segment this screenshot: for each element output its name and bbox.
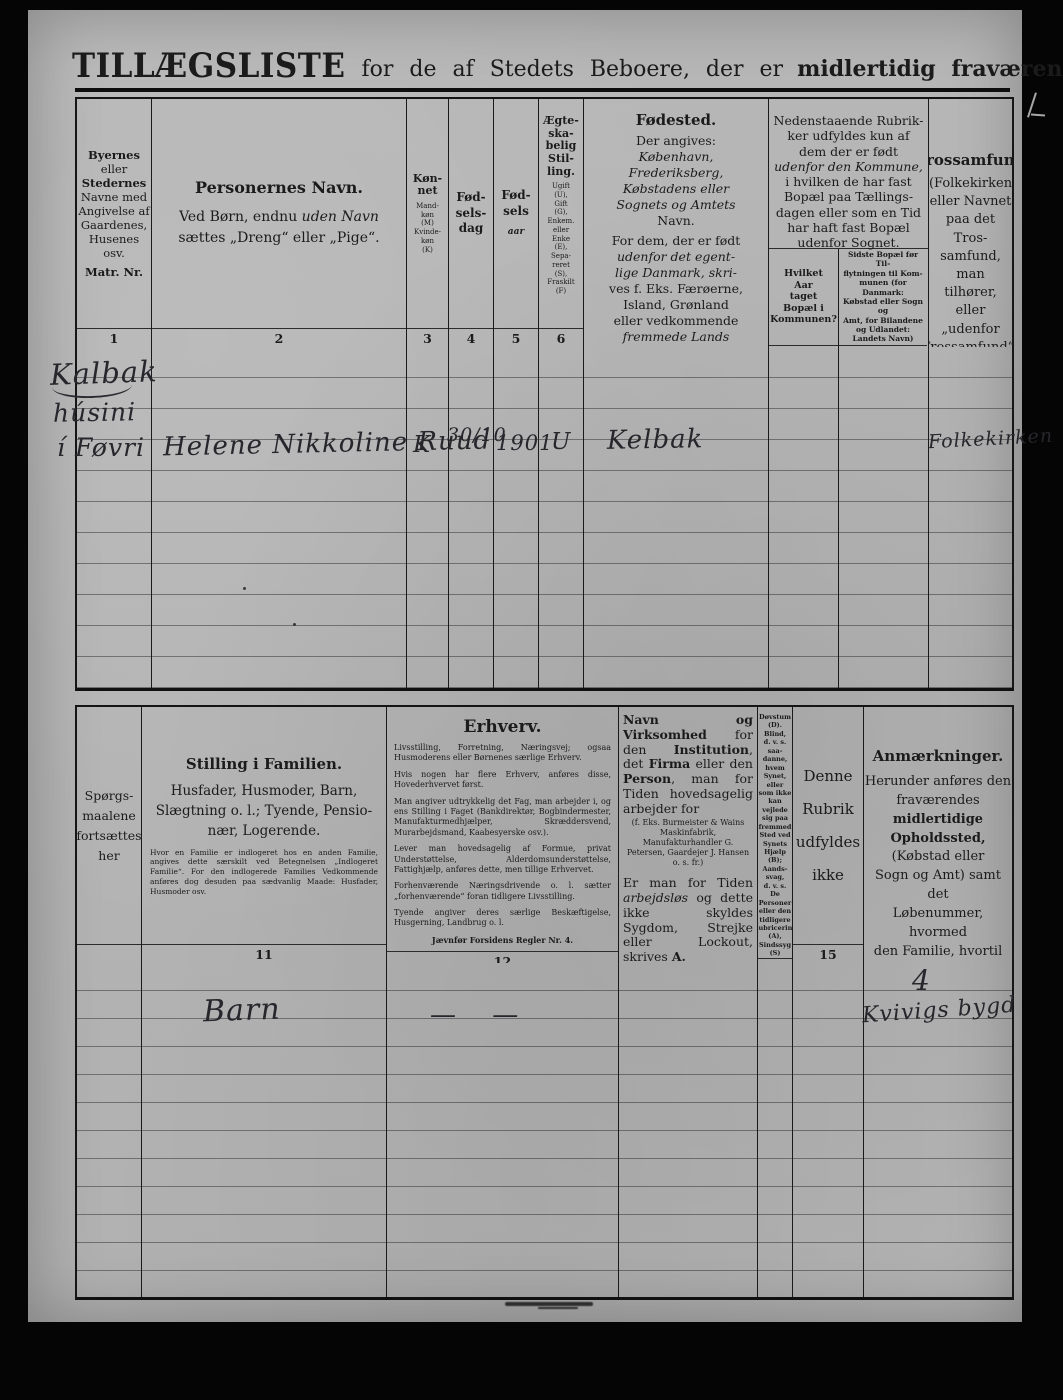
- col8-line: taget: [790, 291, 818, 302]
- col1-line: Navne med: [81, 190, 147, 204]
- col89-line: dagen eller som en Tid: [776, 205, 921, 220]
- col11-header: Stilling i Familien. Husfader, Husmoder,…: [142, 707, 387, 963]
- col14-line: svag,: [766, 873, 784, 881]
- col12-number: 12: [387, 951, 618, 963]
- col14-line: Synet, eller: [758, 772, 792, 789]
- col14-line: danne, hvem: [758, 755, 792, 772]
- body-col3: [407, 347, 449, 688]
- table1-body: [75, 347, 1014, 691]
- col1-line: Matr. Nr.: [85, 265, 143, 279]
- col12-paragraph: Livsstilling, Forretning, Næringsvej; og…: [387, 743, 618, 764]
- title-tail: midlertidig fraværende.: [797, 56, 1063, 82]
- col11-line: nær, Logerende.: [208, 821, 321, 841]
- col2-header: Personernes Navn. Ved Børn, endnu uden N…: [152, 99, 407, 347]
- col2-number: 2: [152, 328, 406, 347]
- col4-line: sels-: [456, 206, 487, 222]
- col7-line: Island, Grønland: [623, 297, 729, 313]
- col6-tiny: Ugift: [547, 182, 575, 191]
- handwritten-birthyear: 1901: [496, 431, 553, 455]
- col16-title: Anmærkninger.: [873, 747, 1004, 765]
- ink-speck: [293, 623, 296, 626]
- col3-header: Køn- net Mand- køn (M) Kvinde- køn (K) 3: [407, 99, 449, 347]
- col6-header: Ægte- ska- belig Stil- ling. Ugift (U), …: [539, 99, 584, 347]
- col6-title: Ægte-: [543, 115, 579, 128]
- col14-line: som ikke: [759, 789, 792, 797]
- col89-line: udenfor den Kommune,: [774, 159, 923, 174]
- col16-seg: midlertidige: [893, 812, 983, 827]
- col10-line: Trossamfund“): [929, 339, 1012, 347]
- col15-line: ikke: [812, 859, 844, 892]
- col15-line: Rubrik: [802, 793, 854, 826]
- col89-line: ker udfyldes kun af: [787, 128, 909, 143]
- col7-header: Fødested. Der angives: København, Freder…: [584, 99, 769, 347]
- scanned-census-page: TILLÆGSLISTEfor de af Stedets Beboere, d…: [0, 0, 1063, 1400]
- col14-line: eller den: [759, 907, 791, 915]
- body-col10: [929, 347, 1012, 688]
- col8-9-shared-note: Nedenstaaende Rubrik- ker udfyldes kun a…: [769, 99, 928, 249]
- handwritten-family-position: Barn: [202, 992, 281, 1030]
- col13-tiny1: (f. Eks. Burmeister & Wains Maskinfabrik…: [619, 816, 757, 870]
- col7-line: lige Danmark, skri-: [615, 265, 737, 281]
- col16-line: Sogn og Amt) samt det: [864, 867, 1012, 905]
- col16-seg: fraværendes: [896, 793, 979, 808]
- col11-title: Stilling i Familien.: [186, 755, 342, 773]
- col3-tiny: (K): [414, 246, 441, 255]
- page-title: TILLÆGSLISTEfor de af Stedets Beboere, d…: [72, 48, 1012, 84]
- col3-tiny: køn: [414, 237, 441, 246]
- body2-col13: [619, 963, 758, 1297]
- col11-number: 11: [142, 944, 386, 963]
- col7-line: ves f. Eks. Færøerne,: [609, 281, 743, 297]
- col7-line: Købstadens eller: [623, 181, 729, 197]
- col14-line: Synets: [763, 840, 787, 848]
- col16-line: Løbenummer, hvormed: [864, 905, 1012, 943]
- col8-subheader: Hvilket Aar taget Bopæl i Kommunen? 8: [769, 249, 839, 347]
- col13-seg: arbejdsløs: [623, 890, 688, 905]
- col14-line: Aands-: [763, 865, 788, 873]
- col2-sub-italic: uden Navn: [302, 209, 379, 225]
- handwritten-birthplace: Kelbak: [607, 424, 704, 456]
- side-label-cell: Spørgs- maalene fortsættes her: [77, 707, 142, 963]
- col14-line: (A),: [768, 932, 781, 940]
- col8-line: Hvilket: [784, 268, 823, 279]
- handwritten-place-line3: í Føvri: [57, 433, 145, 462]
- body-col9: [839, 347, 929, 688]
- body2-col15: [793, 963, 864, 1297]
- col11-line: Slægtning o. l.; Tyende, Pensio-: [156, 801, 373, 821]
- col14-line: fremmed: [759, 823, 792, 831]
- side-label-line: fortsættes: [77, 826, 142, 846]
- col10-line: paa det Tros-: [929, 211, 1012, 247]
- col7-line: For dem, der er født: [612, 233, 741, 249]
- col89-line: i hvilken de har fast: [785, 174, 911, 189]
- col3-title: net: [417, 185, 437, 198]
- col1-line: Gaardenes,: [81, 218, 147, 232]
- col9-line: og Udlandet:: [856, 325, 910, 334]
- col13-seg: eller den: [690, 756, 753, 771]
- col2-sub2: sættes „Dreng“ eller „Pige“.: [178, 228, 379, 249]
- col5-line: sels: [503, 204, 529, 220]
- col14-line: (D).: [768, 721, 782, 729]
- col9-line: Sidste Bopæl før Til-: [840, 250, 926, 269]
- col6-tiny: (S),: [547, 270, 575, 279]
- col10-line: „udenfor: [941, 321, 999, 339]
- col12-paragraph: Man angiver udtrykkelig det Fag, man arb…: [387, 797, 618, 839]
- col2-sub-text: Ved Børn, endnu: [179, 209, 302, 225]
- col14-line: d. v. s. saa-: [758, 738, 792, 755]
- col13-paragraph1: Navn og Virksomhed for den Institution, …: [619, 707, 757, 816]
- col6-tiny: Fraskilt: [547, 278, 575, 287]
- col1-line: Angivelse af: [78, 204, 149, 218]
- col4-line: Fød-: [456, 190, 485, 206]
- side-label-line: maalene: [82, 806, 136, 826]
- col16-line: fraværendes midlertidige: [864, 792, 1012, 830]
- col9-line: flytningen til Kom-: [843, 269, 922, 278]
- col12-title: Erhverv.: [463, 717, 541, 737]
- col3-number: 3: [407, 328, 448, 347]
- col7-title: Fødested.: [636, 111, 717, 129]
- col12-paragraph: Lever man hovedsagelig af Formue, privat…: [387, 844, 618, 875]
- col13-seg: Institution: [674, 742, 749, 757]
- body2-side: [77, 963, 142, 1297]
- col10-line: samfund, man: [929, 248, 1012, 284]
- col7-line: Der angives:: [636, 133, 716, 149]
- col14-line: (S): [770, 949, 781, 957]
- handwritten-marital-status: U: [551, 429, 571, 455]
- printer-imprint-smudge: [538, 1307, 578, 1309]
- col7-line: Sognets og Amtets: [616, 197, 735, 213]
- col8-9-header: Nedenstaaende Rubrik- ker udfyldes kun a…: [769, 99, 929, 347]
- col14-line: Sted ved: [759, 831, 790, 839]
- col10-line: (Folkekirken: [929, 175, 1012, 193]
- col14-line: d. v. s. De: [758, 882, 792, 899]
- col5-number: 5: [494, 328, 538, 347]
- table1-header: Byernes eller Stedernes Navne med Angive…: [75, 97, 1014, 347]
- col6-tiny: Gift: [547, 200, 575, 209]
- printer-imprint-smudge: [505, 1302, 593, 1306]
- col13-seg: Er man for Tiden: [623, 875, 753, 890]
- col9-line: Landets Navn): [853, 334, 914, 343]
- col15-line: udfyldes: [796, 826, 860, 859]
- col16-line: den Familie, hvortil han: [864, 943, 1012, 963]
- col10-line: tilhører, eller: [929, 284, 1012, 320]
- handwritten-place-line2: húsini: [53, 397, 137, 427]
- col9-line: Amt, for Bilandene: [843, 316, 923, 325]
- col15-number: 15: [793, 944, 863, 963]
- col89-line: dem der er født: [799, 144, 898, 159]
- side-label-number-empty: [77, 944, 141, 963]
- col14-line: sig paa: [762, 814, 788, 822]
- col8-line: Bopæl i: [783, 303, 824, 314]
- col5-line: Fød-: [501, 188, 530, 204]
- side-label-line: her: [98, 846, 119, 866]
- col16-line: Herunder anføres den: [865, 773, 1011, 792]
- col14-line: Rubricering: [758, 924, 793, 932]
- col14-line: Døvstum: [759, 713, 791, 721]
- col14-line: Personer: [759, 899, 792, 907]
- col2-title: Personernes Navn.: [195, 178, 363, 197]
- col14-line: Blind,: [764, 730, 786, 738]
- col12-header: Erhverv. Livsstilling, Forretning, Nærin…: [387, 707, 619, 963]
- scan-scratch: [1031, 114, 1045, 117]
- body-col5: [494, 347, 539, 688]
- col3-tiny: køn: [414, 211, 441, 220]
- col7-line: Navn.: [657, 213, 694, 229]
- col6-tiny: Sepa-: [547, 252, 575, 261]
- col11-fineprint: Hvor en Familie er indlogeret hos en and…: [142, 842, 386, 897]
- col7-line: Frederiksberg,: [629, 165, 724, 181]
- handwritten-remark-number: 4: [912, 964, 931, 997]
- col89-line: Bopæl paa Tællings-: [784, 189, 913, 204]
- title-mid: for de af Stedets Beboere, der er: [361, 57, 783, 82]
- col4-number: 4: [449, 328, 493, 347]
- col89-line: udenfor Sognet.: [797, 235, 899, 250]
- col6-tiny: (F): [547, 287, 575, 296]
- col6-number: 6: [539, 328, 583, 347]
- col16-line: Opholdssted, (Købstad eller: [864, 830, 1012, 868]
- col4-line: dag: [459, 221, 484, 237]
- col16-seg: Opholdssted,: [890, 831, 985, 846]
- col3-tiny: (M): [414, 219, 441, 228]
- col12-paragraph: Jævnfør Forsidens Regler Nr. 4.: [425, 935, 580, 945]
- col7-line: udenfor det egent-: [617, 249, 735, 265]
- col15-header: Denne Rubrik udfyldes ikke 15: [793, 707, 864, 963]
- col10-line: eller Navnet: [930, 193, 1012, 211]
- body2-col14: [758, 963, 793, 1297]
- col14-line: kan vejlede: [758, 797, 792, 814]
- col6-tiny: Enke: [547, 235, 575, 244]
- col13-seg: A.: [672, 949, 686, 963]
- col1-header: Byernes eller Stedernes Navne med Angive…: [77, 99, 152, 347]
- col14-line: tidligere: [759, 916, 790, 924]
- body-col2: [152, 347, 407, 688]
- col9-line: Købstad eller Sogn og: [840, 297, 926, 316]
- col89-line: Nedenstaaende Rubrik-: [774, 113, 924, 128]
- col6-title: ling.: [547, 166, 575, 179]
- col1-number: 1: [77, 328, 151, 347]
- col16-seg: (Købstad eller: [892, 849, 985, 864]
- col15-line: Denne: [803, 760, 852, 793]
- ink-speck: [243, 587, 246, 590]
- body-col8: [769, 347, 839, 688]
- col13-seg: Person: [623, 771, 671, 786]
- col8-line: Kommunen?: [770, 314, 837, 325]
- col6-tiny: (E),: [547, 243, 575, 252]
- col6-tiny: (G),: [547, 208, 575, 217]
- col6-tiny: reret: [547, 261, 575, 270]
- handwritten-dash: — —: [430, 1000, 519, 1030]
- col13-header: Navn og Virksomhed for den Institution, …: [619, 707, 758, 963]
- title-rule: [75, 88, 1010, 92]
- col16-header: Anmærkninger. Herunder anføres den fravæ…: [864, 707, 1012, 963]
- col1-line: Stedernes: [82, 176, 147, 190]
- col12-paragraph: Tyende angiver deres særlige Beskæftigel…: [387, 908, 618, 929]
- col9-line: munen (for Danmark:: [840, 278, 926, 297]
- col6-tiny: Enkem.: [547, 217, 575, 226]
- col7-line: København,: [639, 149, 714, 165]
- col6-detail: Ugift (U), Gift (G), Enkem. eller Enke (…: [547, 182, 575, 296]
- col1-line: eller: [101, 162, 127, 176]
- side-label-line: Spørgs-: [85, 786, 134, 806]
- body-col7: [584, 347, 769, 688]
- handwritten-sex: K: [413, 432, 431, 458]
- body-col6: [539, 347, 584, 688]
- col2-sub: Ved Børn, endnu uden Navn: [179, 207, 379, 228]
- col12-paragraph: Forhenværende Næringsdrivende o. l. sætt…: [387, 881, 618, 902]
- body-col4: [449, 347, 494, 688]
- table2-header: Spørgs- maalene fortsættes her Stilling …: [75, 705, 1014, 963]
- col9-subheader: Sidste Bopæl før Til- flytningen til Kom…: [839, 249, 927, 347]
- col14-line: Hjælp (B);: [758, 848, 792, 865]
- col3-detail: Mand- køn (M) Kvinde- køn (K): [414, 202, 441, 255]
- col6-tiny: eller: [547, 226, 575, 235]
- col12-paragraph: Hvis nogen har flere Erhverv, anføres di…: [387, 770, 618, 791]
- col6-title: Stil-: [548, 153, 574, 166]
- col7-line: fremmede Lands: [623, 329, 730, 345]
- col89-line: har haft fast Bopæl: [787, 220, 910, 235]
- col3-tiny: Kvinde-: [414, 228, 441, 237]
- col14-header: Døvstum (D). Blind, d. v. s. saa- danne,…: [758, 707, 793, 963]
- col5-header: Fød- sels aar 5: [494, 99, 539, 347]
- col13-paragraph2: Er man for Tiden arbejdsløs og dette ikk…: [619, 870, 757, 963]
- col5-sub: aar: [508, 227, 524, 239]
- title-main: TILLÆGSLISTE: [72, 46, 345, 86]
- col10-title: Trossamfund: [929, 151, 1012, 169]
- col13-seg: Firma: [649, 756, 691, 771]
- col1-line: Husenes osv.: [77, 232, 151, 260]
- col1-line: Byernes: [88, 148, 140, 162]
- col7-line: eller vedkommende: [614, 313, 739, 329]
- col3-tiny: Mand-: [414, 202, 441, 211]
- col6-tiny: (U),: [547, 191, 575, 200]
- col11-line: Husfader, Husmoder, Barn,: [171, 781, 358, 801]
- col14-line: Sindssyg: [759, 941, 791, 949]
- col4-header: Fød- sels- dag 4: [449, 99, 494, 347]
- col10-header: Trossamfund (Folkekirken eller Navnet pa…: [929, 99, 1012, 347]
- col8-line: Aar: [794, 280, 813, 291]
